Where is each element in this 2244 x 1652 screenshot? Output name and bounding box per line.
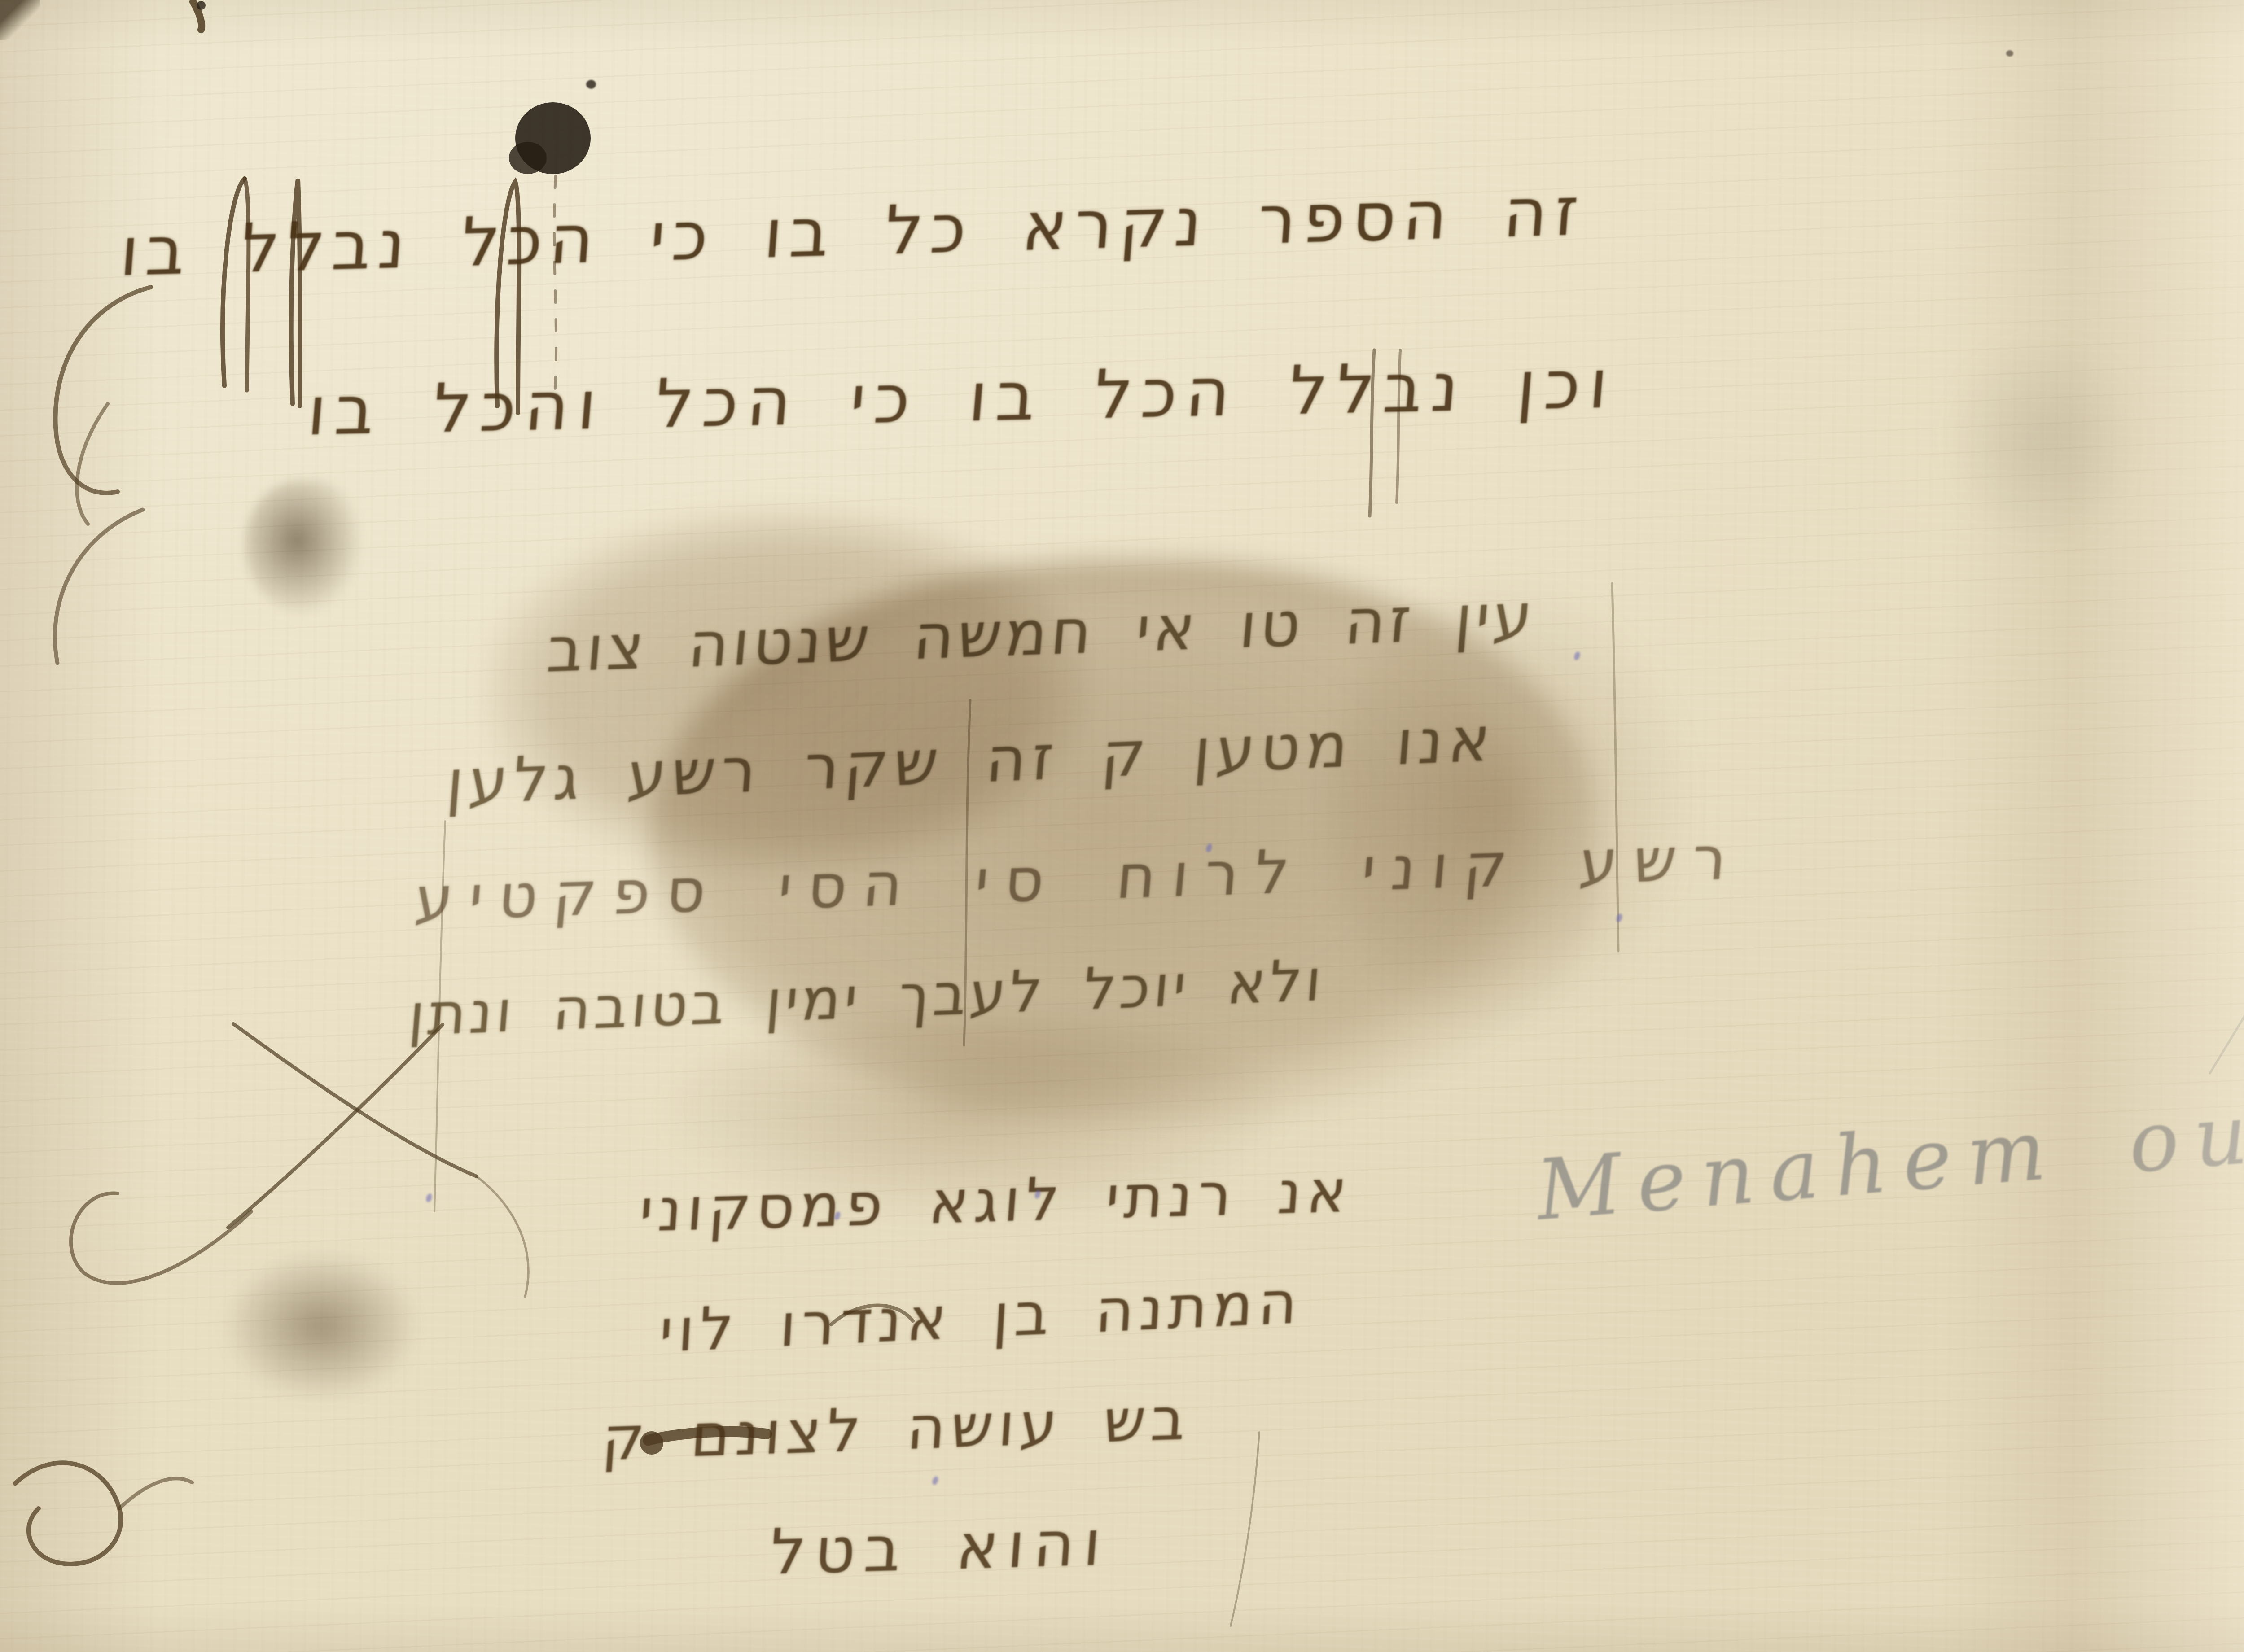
ink-blot xyxy=(515,102,591,174)
hebrew-line-9: בש עושה לצונם ק xyxy=(600,1384,1193,1474)
pencil-scratch xyxy=(2210,809,2244,1073)
cross-flourish xyxy=(71,1193,251,1283)
water-stain-lobe xyxy=(485,507,1091,875)
hebrew-line-2: וכן נבלל הכל בו כי הכל והכל בו xyxy=(305,345,1620,450)
blue-speck xyxy=(931,1476,939,1486)
hebrew-line-8: המתנה בן אנדרו לוי xyxy=(657,1267,1305,1366)
hebrew-line-4: אנו מטען ק זה שקר רשע גלען xyxy=(444,703,1498,819)
ink-smear xyxy=(245,480,361,615)
hebrew-line-10: והוא בטל xyxy=(767,1506,1113,1589)
blue-speck xyxy=(1573,651,1581,661)
ink-speck xyxy=(2006,50,2013,57)
hebrew-line-5: רשע קוני לרוח סי הסי ספקטיע xyxy=(412,822,1745,934)
left-curl xyxy=(55,287,151,493)
pencil-inscription: Menahem out Ascoli xyxy=(1533,1047,2244,1239)
bottom-curl-tail xyxy=(119,1478,192,1508)
hebrew-line-3: עין זה טו אי חמשה שנטוה צוב xyxy=(544,579,1539,686)
ink-speck xyxy=(586,80,596,89)
left-curl xyxy=(55,510,143,663)
ink-dot xyxy=(197,1,206,10)
grey-smudge xyxy=(1943,332,2141,547)
top-edge-mark xyxy=(193,2,202,30)
ink-smudge xyxy=(224,1252,417,1400)
ink-blot xyxy=(509,142,547,174)
blue-speck xyxy=(425,1193,433,1203)
bottom-curl xyxy=(15,1463,121,1564)
hebrew-line-7: אנ רנתי לוגא פמסקוני xyxy=(637,1157,1354,1246)
blue-speck xyxy=(1615,913,1623,923)
hairline xyxy=(477,1176,528,1297)
left-curl xyxy=(77,404,108,524)
hebrew-line-1: זה הספר נקרא כל בו כי הכל נבלל בו xyxy=(118,172,1588,292)
corner-shadow xyxy=(0,0,40,40)
crease-line xyxy=(1231,1432,1259,1626)
manuscript-page: זה הספר נקרא כל בו כי הכל נבלל בו וכן נב… xyxy=(0,0,2244,1652)
hebrew-line-6: ולא יוכל לעבך ימין בטובה ונתן xyxy=(407,947,1328,1049)
cross-flourish xyxy=(228,1025,443,1228)
